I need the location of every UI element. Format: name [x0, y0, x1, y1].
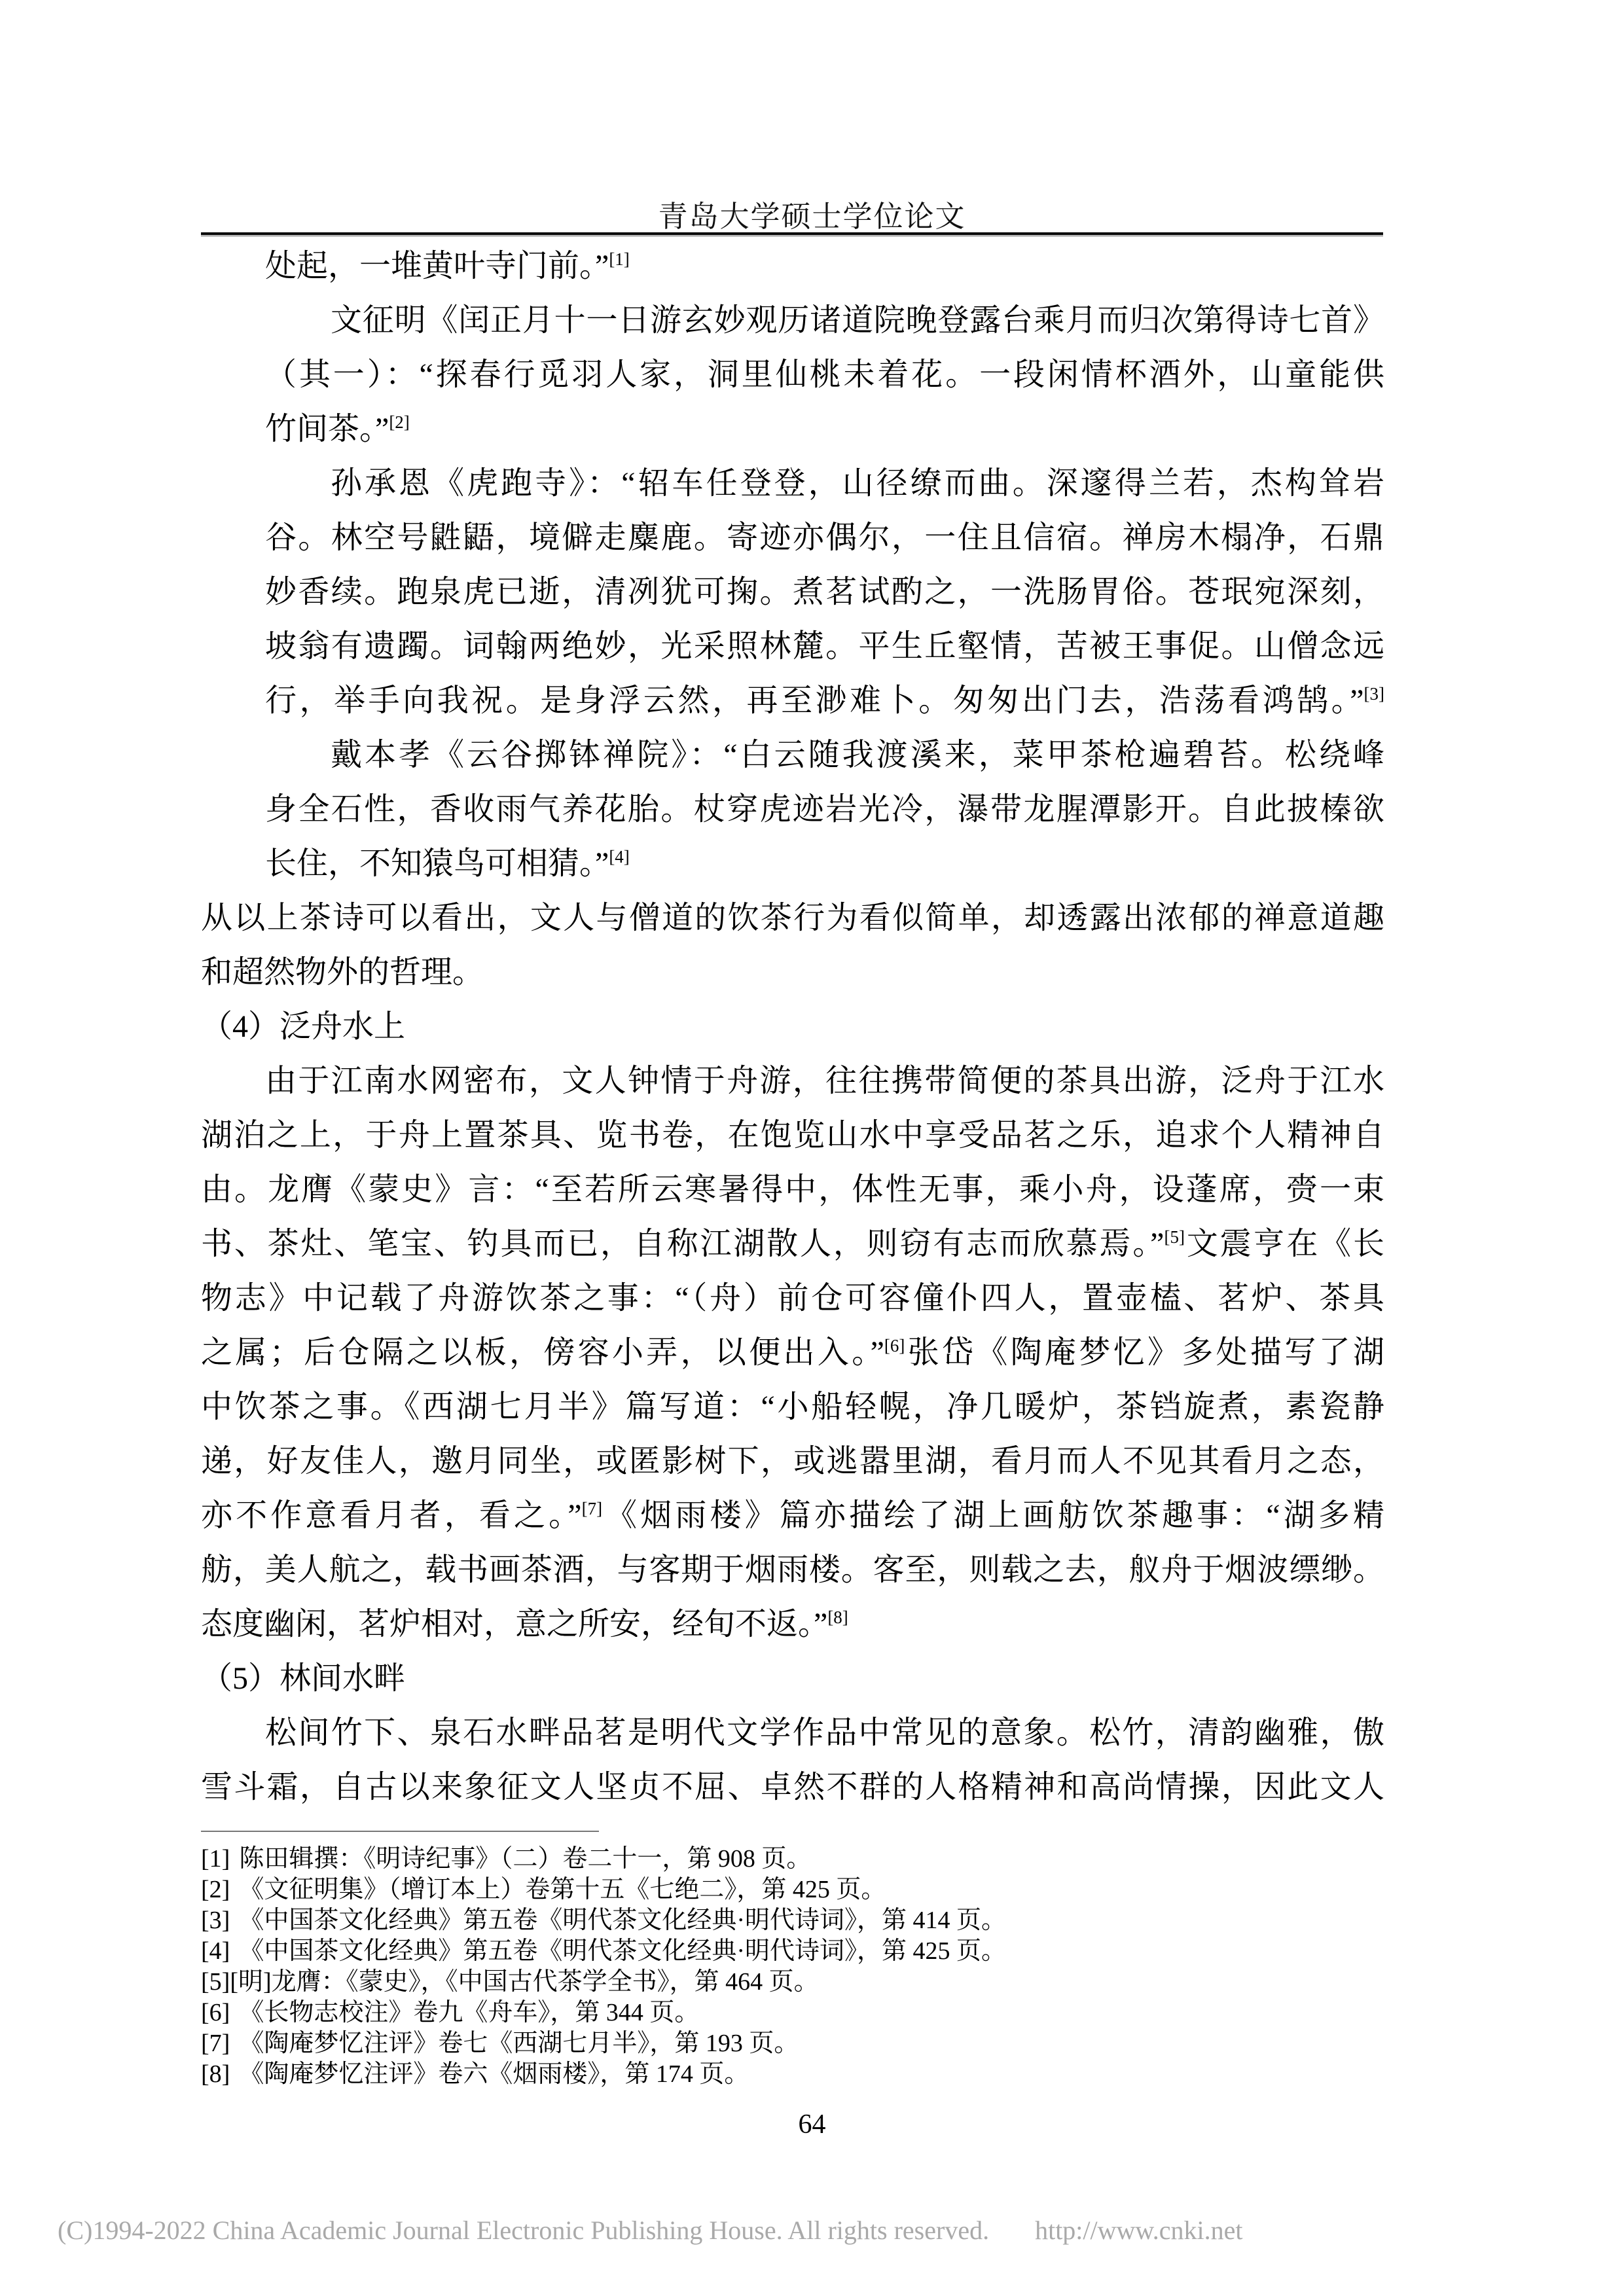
text-run: （4）泛舟水上 — [201, 1009, 405, 1044]
body-line: 由于江南水网密布，文人钟情于舟游，往往携带简便的茶具出游，泛舟于江水 — [201, 1054, 1384, 1108]
text-run: 物志》中记载了舟游饮茶之事：“（舟）前仓可容僮仆四人，置壶榼、茗炉、茶具 — [201, 1281, 1384, 1316]
body-line: （其一）：“探春行觅羽人家，洞里仙桃未着花。一段闲情杯酒外，山童能供 — [201, 348, 1384, 402]
section-heading-line: （4）泛舟水上 — [201, 999, 1384, 1054]
text-run: 由。龙膺《蒙史》言：“至若所云寒暑得中，体性无事，乘小舟，设蓬席，赍一束 — [201, 1172, 1384, 1207]
text-run: 行，举手向我祝。是身浮云然，再至渺难卜。匆匆出门去，浩荡看鸿鹄。” — [265, 683, 1364, 718]
body-line: 舫，美人航之，载书画茶酒，与客期于烟雨楼。客至，则载之去，舣舟于烟波缥缈。 — [201, 1543, 1384, 1597]
thesis-page: 青岛大学硕士学位论文 处起，一堆黄叶寺门前。”[1]文征明《闰正月十一日游玄妙观… — [0, 0, 1624, 2296]
running-header-title: 青岛大学硕士学位论文 — [0, 192, 1624, 235]
text-run: 文震亨在《长 — [1185, 1227, 1384, 1261]
text-run: 处起，一堆黄叶寺门前。” — [265, 249, 609, 283]
footnote-ref-marker: [4] — [609, 847, 629, 867]
body-line: 物志》中记载了舟游饮茶之事：“（舟）前仓可容僮仆四人，置壶榼、茗炉、茶具 — [201, 1271, 1384, 1325]
section-heading-line: （5）林间水畔 — [201, 1651, 1384, 1706]
header-divider-rule — [201, 232, 1383, 236]
footnote-item: [8]《陶庵梦忆注评》卷六《烟雨楼》，第 174 页。 — [201, 2059, 1384, 2090]
footnote-text: 《中国茶文化经典》第五卷《明代茶文化经典·明代诗词》，第 414 页。 — [239, 1907, 1006, 1934]
text-run: 之属；后仓隔之以板，傍容小弄，以便出入。” — [201, 1335, 884, 1370]
footnote-ref-marker: [1] — [609, 249, 629, 269]
body-line: 长住，不知猿鸟可相猜。”[4] — [201, 836, 1384, 891]
footnote-number: [5] — [201, 1967, 230, 1998]
body-line: 戴本孝《云谷掷钵禅院》：“白云随我渡溪来，菜甲茶枪遍碧苔。松绕峰 — [201, 728, 1384, 782]
body-line: 竹间茶。”[2] — [201, 402, 1384, 456]
footnote-text: 《中国茶文化经典》第五卷《明代茶文化经典·明代诗词》，第 425 页。 — [239, 1937, 1006, 1965]
text-run: 孙承恩《虎跑寺》：“轺车任登登，山径缭而曲。深邃得兰若，杰构耸岩 — [331, 466, 1384, 501]
page-number: 64 — [0, 2109, 1624, 2140]
footnotes-block: [1]陈田辑撰：《明诗纪事》（二）卷二十一，第 908 页。[2]《文征明集》（… — [201, 1844, 1384, 2090]
footnote-number: [1] — [201, 1844, 230, 1874]
text-run: 张岱《陶庵梦忆》多处描写了湖 — [905, 1335, 1384, 1370]
body-line: 由。龙膺《蒙史》言：“至若所云寒暑得中，体性无事，乘小舟，设蓬席，赍一束 — [201, 1162, 1384, 1217]
footnote-number: [8] — [201, 2059, 230, 2090]
footnote-text: 《陶庵梦忆注评》卷七《西湖七月半》，第 193 页。 — [239, 2030, 799, 2057]
footnote-ref-marker: [3] — [1364, 684, 1384, 704]
footnote-item: [6]《长物志校注》卷九《舟车》，第 344 页。 — [201, 1998, 1384, 2028]
body-line: 态度幽闲，茗炉相对，意之所安，经旬不返。”[8] — [201, 1597, 1384, 1651]
text-run: 由于江南水网密布，文人钟情于舟游，往往携带简便的茶具出游，泛舟于江水 — [265, 1064, 1384, 1098]
body-line: 湖泊之上，于舟上置茶具、览书卷，在饱览山水中享受品茗之乐，追求个人精神自 — [201, 1108, 1384, 1162]
body-line: 松间竹下、泉石水畔品茗是明代文学作品中常见的意象。松竹，清韵幽雅，傲 — [201, 1706, 1384, 1760]
footnote-text: [明]龙膺：《蒙史》，《中国古代茶学全书》，第 464 页。 — [230, 1968, 818, 1996]
footnote-item: [7]《陶庵梦忆注评》卷七《西湖七月半》，第 193 页。 — [201, 2028, 1384, 2059]
footnote-ref-marker: [8] — [827, 1607, 848, 1627]
text-run: 长住，不知猿鸟可相猜。” — [265, 846, 609, 881]
text-run: 亦不作意看月者，看之。” — [201, 1498, 582, 1533]
body-line: 和超然物外的哲理。 — [201, 945, 1384, 999]
footnote-number: [7] — [201, 2028, 230, 2059]
text-run: 从以上茶诗可以看出，文人与僧道的饮茶行为看似简单，却透露出浓郁的禅意道趣 — [201, 901, 1384, 935]
body-line: 妙香续。跑泉虎已逝，清冽犹可掬。煮茗试酌之，一洗肠胃俗。苍珉宛深刻， — [201, 565, 1384, 619]
footnote-text: 《陶庵梦忆注评》卷六《烟雨楼》，第 174 页。 — [239, 2060, 749, 2088]
text-run: 书、茶灶、笔宝、钓具而已，自称江湖散人，则窃有志而欣慕焉。” — [201, 1227, 1164, 1261]
text-run: 递，好友佳人，邀月同坐，或匿影树下，或逃嚣里湖，看月而人不见其看月之态， — [201, 1444, 1384, 1479]
footnote-number: [2] — [201, 1874, 230, 1905]
footnote-number: [4] — [201, 1936, 230, 1967]
body-text-block: 处起，一堆黄叶寺门前。”[1]文征明《闰正月十一日游玄妙观历诸道院晚登露台乘月而… — [201, 239, 1384, 1814]
text-run: 松间竹下、泉石水畔品茗是明代文学作品中常见的意象。松竹，清韵幽雅，傲 — [265, 1715, 1384, 1750]
footnote-item: [3]《中国茶文化经典》第五卷《明代茶文化经典·明代诗词》，第 414 页。 — [201, 1905, 1384, 1936]
text-run: 谷。林空号鼪鼯，境僻走麋鹿。寄迹亦偶尔，一住且信宿。禅房木榻净，石鼎 — [265, 520, 1384, 555]
text-run: 妙香续。跑泉虎已逝，清冽犹可掬。煮茗试酌之，一洗肠胃俗。苍珉宛深刻， — [265, 575, 1384, 609]
body-line: 递，好友佳人，邀月同坐，或匿影树下，或逃嚣里湖，看月而人不见其看月之态， — [201, 1434, 1384, 1488]
body-line: 之属；后仓隔之以板，傍容小弄，以便出入。”[6]张岱《陶庵梦忆》多处描写了湖 — [201, 1325, 1384, 1380]
body-line: 亦不作意看月者，看之。”[7]《烟雨楼》篇亦描绘了湖上画舫饮茶趣事：“湖多精 — [201, 1488, 1384, 1543]
footnote-item: [2]《文征明集》（增订本上）卷第十五《七绝二》，第 425 页。 — [201, 1874, 1384, 1905]
footnote-text: 《长物志校注》卷九《舟车》，第 344 页。 — [239, 1999, 699, 2026]
text-run: 文征明《闰正月十一日游玄妙观历诸道院晚登露台乘月而归次第得诗七首》 — [331, 303, 1384, 338]
watermark-url-text: http://www.cnki.net — [1035, 2215, 1242, 2246]
text-run: 雪斗霜，自古以来象征文人坚贞不屈、卓然不群的人格精神和高尚情操，因此文人 — [201, 1770, 1384, 1804]
footnote-ref-marker: [5] — [1164, 1227, 1185, 1247]
text-run: 身全石性，香收雨气养花胎。杖穿虎迹岩光冷，瀑带龙腥潭影开。自此披榛欲 — [265, 792, 1384, 827]
body-line: 行，举手向我祝。是身浮云然，再至渺难卜。匆匆出门去，浩荡看鸿鹄。”[3] — [201, 673, 1384, 728]
cnki-watermark: (C)1994-2022 China Academic Journal Elec… — [58, 2215, 1242, 2246]
text-run: 和超然物外的哲理。 — [201, 955, 484, 990]
text-run: 湖泊之上，于舟上置茶具、览书卷，在饱览山水中享受品茗之乐，追求个人精神自 — [201, 1118, 1384, 1153]
body-line: 处起，一堆黄叶寺门前。”[1] — [201, 239, 1384, 293]
footnote-separator-rule — [201, 1831, 599, 1832]
text-run: （5）林间水畔 — [201, 1661, 405, 1696]
footnote-number: [6] — [201, 1998, 230, 2028]
body-line: 谷。林空号鼪鼯，境僻走麋鹿。寄迹亦偶尔，一住且信宿。禅房木榻净，石鼎 — [201, 511, 1384, 565]
body-line: 书、茶灶、笔宝、钓具而已，自称江湖散人，则窃有志而欣慕焉。”[5]文震亨在《长 — [201, 1217, 1384, 1271]
body-line: 文征明《闰正月十一日游玄妙观历诸道院晚登露台乘月而归次第得诗七首》 — [201, 293, 1384, 348]
body-line: 从以上茶诗可以看出，文人与僧道的饮茶行为看似简单，却透露出浓郁的禅意道趣 — [201, 891, 1384, 945]
watermark-copyright-text: (C)1994-2022 China Academic Journal Elec… — [58, 2215, 989, 2246]
footnote-text: 《文征明集》（增订本上）卷第十五《七绝二》，第 425 页。 — [239, 1876, 886, 1903]
text-run: 坡翁有遗躅。词翰两绝妙，光采照林麓。平生丘壑情，苦被王事促。山僧念远 — [265, 629, 1384, 664]
text-run: 舫，美人航之，载书画茶酒，与客期于烟雨楼。客至，则载之去，舣舟于烟波缥缈。 — [201, 1552, 1384, 1587]
body-line: 中饮茶之事。《西湖七月半》篇写道：“小船轻幌，净几暖炉，茶铛旋煮，素瓷静 — [201, 1380, 1384, 1434]
footnote-ref-marker: [7] — [582, 1499, 602, 1518]
text-run: 态度幽闲，茗炉相对，意之所安，经旬不返。” — [201, 1607, 827, 1641]
body-line: 坡翁有遗躅。词翰两绝妙，光采照林麓。平生丘壑情，苦被王事促。山僧念远 — [201, 619, 1384, 673]
text-run: 竹间茶。” — [265, 412, 389, 446]
body-line: 雪斗霜，自古以来象征文人坚贞不屈、卓然不群的人格精神和高尚情操，因此文人 — [201, 1760, 1384, 1814]
footnote-number: [3] — [201, 1905, 230, 1936]
footnote-item: [1]陈田辑撰：《明诗纪事》（二）卷二十一，第 908 页。 — [201, 1844, 1384, 1874]
body-line: 孙承恩《虎跑寺》：“轺车任登登，山径缭而曲。深邃得兰若，杰构耸岩 — [201, 456, 1384, 511]
text-run: 中饮茶之事。《西湖七月半》篇写道：“小船轻幌，净几暖炉，茶铛旋煮，素瓷静 — [201, 1390, 1384, 1424]
body-line: 身全石性，香收雨气养花胎。杖穿虎迹岩光冷，瀑带龙腥潭影开。自此披榛欲 — [201, 782, 1384, 836]
text-run: 《烟雨楼》篇亦描绘了湖上画舫饮茶趣事：“湖多精 — [602, 1498, 1384, 1533]
footnote-ref-marker: [2] — [389, 412, 409, 432]
footnote-item: [4]《中国茶文化经典》第五卷《明代茶文化经典·明代诗词》，第 425 页。 — [201, 1936, 1384, 1967]
text-run: 戴本孝《云谷掷钵禅院》：“白云随我渡溪来，菜甲茶枪遍碧苔。松绕峰 — [331, 738, 1384, 772]
text-run: （其一）：“探春行觅羽人家，洞里仙桃未着花。一段闲情杯酒外，山童能供 — [265, 357, 1384, 392]
footnote-text: 陈田辑撰：《明诗纪事》（二）卷二十一，第 908 页。 — [239, 1845, 811, 1873]
footnote-ref-marker: [6] — [884, 1336, 905, 1355]
footnote-item: [5][明]龙膺：《蒙史》，《中国古代茶学全书》，第 464 页。 — [201, 1967, 1384, 1998]
